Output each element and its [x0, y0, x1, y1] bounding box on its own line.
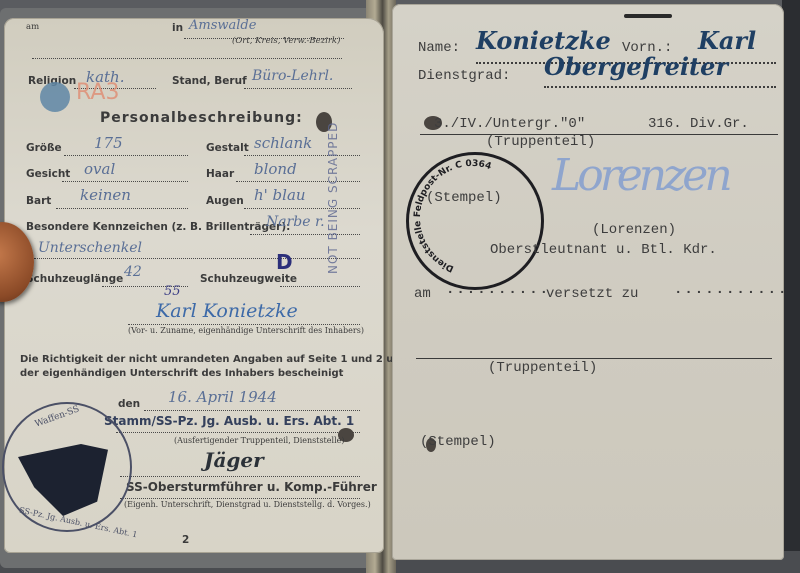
occupation-value: Büro-Lehrl.: [252, 68, 333, 84]
shoe-length-value: 42: [124, 264, 142, 280]
place-value: Amswalde: [189, 18, 256, 33]
transfer-dots-1: ..........: [446, 282, 550, 298]
commander-title: Oberstleutnant u. Btl. Kdr.: [490, 242, 717, 258]
certification-line-1: Die Richtigkeit der nicht umrandeten Ang…: [20, 354, 408, 365]
right-page: Name: Konietzke Vorn.: Karl Dienstgrad: …: [392, 4, 784, 560]
unit-caption: (Truppenteil): [486, 134, 595, 150]
special-marks-value-1: Narbe r.: [266, 214, 325, 230]
hair-value: blond: [254, 160, 297, 178]
occupation-label: Stand, Beruf: [172, 75, 247, 87]
stamp-caption-2: (Stempel): [420, 434, 496, 450]
slot-mark: [624, 14, 672, 18]
transfer-am-label: am: [414, 286, 431, 302]
officer-caption: (Eigenh. Unterschrift, Dienstgrad u. Die…: [124, 500, 371, 509]
unit-caption-2: (Truppenteil): [488, 360, 597, 376]
face-value: oval: [84, 160, 115, 178]
transfer-label: versetzt zu: [546, 286, 638, 302]
svg-text:Dienststelle Feldpost-Nr. C 03: Dienststelle Feldpost-Nr. C 03646: [406, 152, 493, 283]
name-label: Name:: [418, 40, 460, 56]
owner-signature: Karl Konietzke: [156, 300, 298, 322]
ss-mark: 55: [164, 284, 181, 299]
eyes-label: Augen: [206, 195, 244, 207]
unit-value: 3./IV./Untergr."0": [434, 116, 585, 132]
stamp-ring-text-svg: Dienststelle Feldpost-Nr. C 03646: [406, 152, 538, 284]
height-value: 175: [94, 134, 123, 152]
beard-label: Bart: [26, 195, 51, 207]
division-value: 316. Div.Gr.: [648, 116, 749, 132]
date-label: den: [118, 398, 140, 410]
rank-value: Obergefreiter: [544, 52, 728, 81]
commander-name: (Lorenzen): [592, 222, 676, 238]
certification-line-2: der eigenhändigen Unterschrift des Inhab…: [20, 368, 343, 379]
special-marks-value-2: Unterschenkel: [38, 240, 142, 256]
unit-caption: (Ausfertigender Truppenteil, Dienststell…: [174, 436, 344, 445]
date-value: 16. April 1944: [168, 388, 277, 406]
officer-rank: SS-Obersturmführer u. Komp.-Führer: [126, 480, 377, 494]
first-name-text: Karl: [698, 26, 756, 55]
rank-label: Dienstgrad:: [418, 68, 510, 84]
page-number: 2: [182, 534, 189, 546]
height-label: Größe: [26, 142, 62, 154]
signature-caption: (Vor- u. Zuname, eigenhändige Unterschri…: [128, 326, 364, 335]
shoe-width-label: Schuhzeugweite: [200, 273, 297, 285]
in-label: in: [172, 22, 183, 34]
build-label: Gestalt: [206, 142, 249, 154]
left-page: am in Amswalde (Ort, Kreis, Verw.-Bezirk…: [4, 18, 384, 553]
unit-stamp-text: Stamm/SS-Pz. Jg. Ausb. u. Ers. Abt. 1: [104, 414, 354, 428]
red-pencil-mark: RA3: [76, 80, 119, 105]
officer-signature: Jäger: [204, 448, 264, 472]
vertical-stamp: NOT BEING SCRAPPED: [326, 122, 340, 274]
hair-label: Haar: [206, 168, 234, 180]
transfer-dots-2: ...........: [674, 282, 788, 298]
shoe-length-label: Schuhzeuglänge: [26, 273, 123, 285]
beard-value: keinen: [80, 186, 131, 204]
am-label: am: [26, 22, 39, 32]
stamp-letter-d: D: [276, 250, 293, 274]
commander-signature: Lorenzen: [552, 150, 729, 201]
surname-value: Konietzke: [476, 26, 611, 55]
build-value: schlank: [254, 134, 312, 152]
place-caption: (Ort, Kreis, Verw.-Bezirk): [232, 36, 340, 46]
special-marks-label: Besondere Kennzeichen (z. B. Brillenträg…: [26, 221, 290, 233]
section-title: Personalbeschreibung:: [100, 110, 303, 126]
face-label: Gesicht: [26, 168, 70, 180]
eyes-value: h' blau: [254, 186, 306, 204]
blue-ink-dot: [40, 82, 70, 112]
